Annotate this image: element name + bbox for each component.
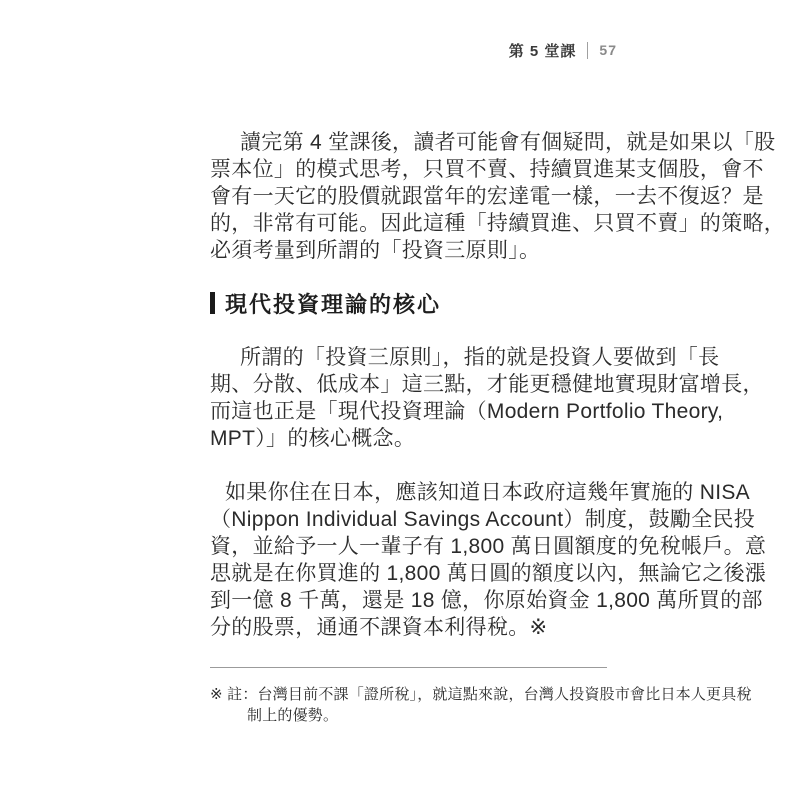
paragraph-nisa: 如果你住在日本，應該知道日本政府這幾年實施的 NISA（Nippon Indiv…: [210, 479, 622, 641]
section-heading: 現代投資理論的核心: [210, 289, 441, 317]
running-head: 第 5 堂課 57: [509, 40, 617, 60]
text-line: 票本位」的模式思考，只買不賣、持續買進某支個股，會不: [210, 156, 622, 183]
text-line: 如果你住在日本，應該知道日本政府這幾年實施的 NISA: [210, 479, 622, 506]
header-divider: [587, 42, 588, 59]
text-line: MPT）」的核心概念。: [210, 425, 622, 452]
text-line: 而這也正是「現代投資理論（Modern Portfolio Theory,: [210, 398, 622, 425]
footnote-divider: [210, 667, 607, 668]
text-line: 所謂的「投資三原則」，指的就是投資人要做到「長: [210, 344, 622, 371]
chapter-label: 第 5 堂課: [509, 40, 577, 61]
text-line: 思就是在你買進的 1,800 萬日圓的額度以內，無論它之後漲: [210, 560, 622, 587]
text-line: 資，並給予一人一輩子有 1,800 萬日圓額度的免稅帳戶。意: [210, 533, 622, 560]
section-heading-text: 現代投資理論的核心: [225, 288, 441, 319]
text-line: ※ 註：台灣目前不課「證所稅」，就這點來說，台灣人投資股市會比日本人更具稅: [210, 684, 640, 705]
paragraph-mpt: 所謂的「投資三原則」，指的就是投資人要做到「長期、分散、低成本」這三點，才能更穩…: [210, 344, 622, 452]
text-line: 的，非常有可能。因此這種「持續買進、只買不賣」的策略，: [210, 210, 622, 237]
page-number: 57: [599, 42, 617, 58]
text-line: 分的股票，通通不課資本利得稅。※: [210, 614, 622, 641]
heading-bar-icon: [210, 292, 215, 314]
text-line: （Nippon Individual Savings Account）制度，鼓勵…: [210, 506, 622, 533]
text-line: 到一億 8 千萬，還是 18 億，你原始資金 1,800 萬所買的部: [210, 587, 622, 614]
book-page: 第 5 堂課 57 讀完第 4 堂課後，讀者可能會有個疑問，就是如果以「股票本位…: [0, 0, 800, 800]
paragraph-intro: 讀完第 4 堂課後，讀者可能會有個疑問，就是如果以「股票本位」的模式思考，只買不…: [210, 129, 622, 264]
text-line: 期、分散、低成本」這三點，才能更穩健地實現財富增長，: [210, 371, 622, 398]
text-line: 會有一天它的股價就跟當年的宏達電一樣，一去不復返？是: [210, 183, 622, 210]
text-line: 讀完第 4 堂課後，讀者可能會有個疑問，就是如果以「股: [210, 129, 622, 156]
text-line: 必須考量到所謂的「投資三原則」。: [210, 237, 622, 264]
text-line: 制上的優勢。: [210, 705, 640, 726]
footnote: ※ 註：台灣目前不課「證所稅」，就這點來說，台灣人投資股市會比日本人更具稅制上的…: [210, 684, 640, 726]
